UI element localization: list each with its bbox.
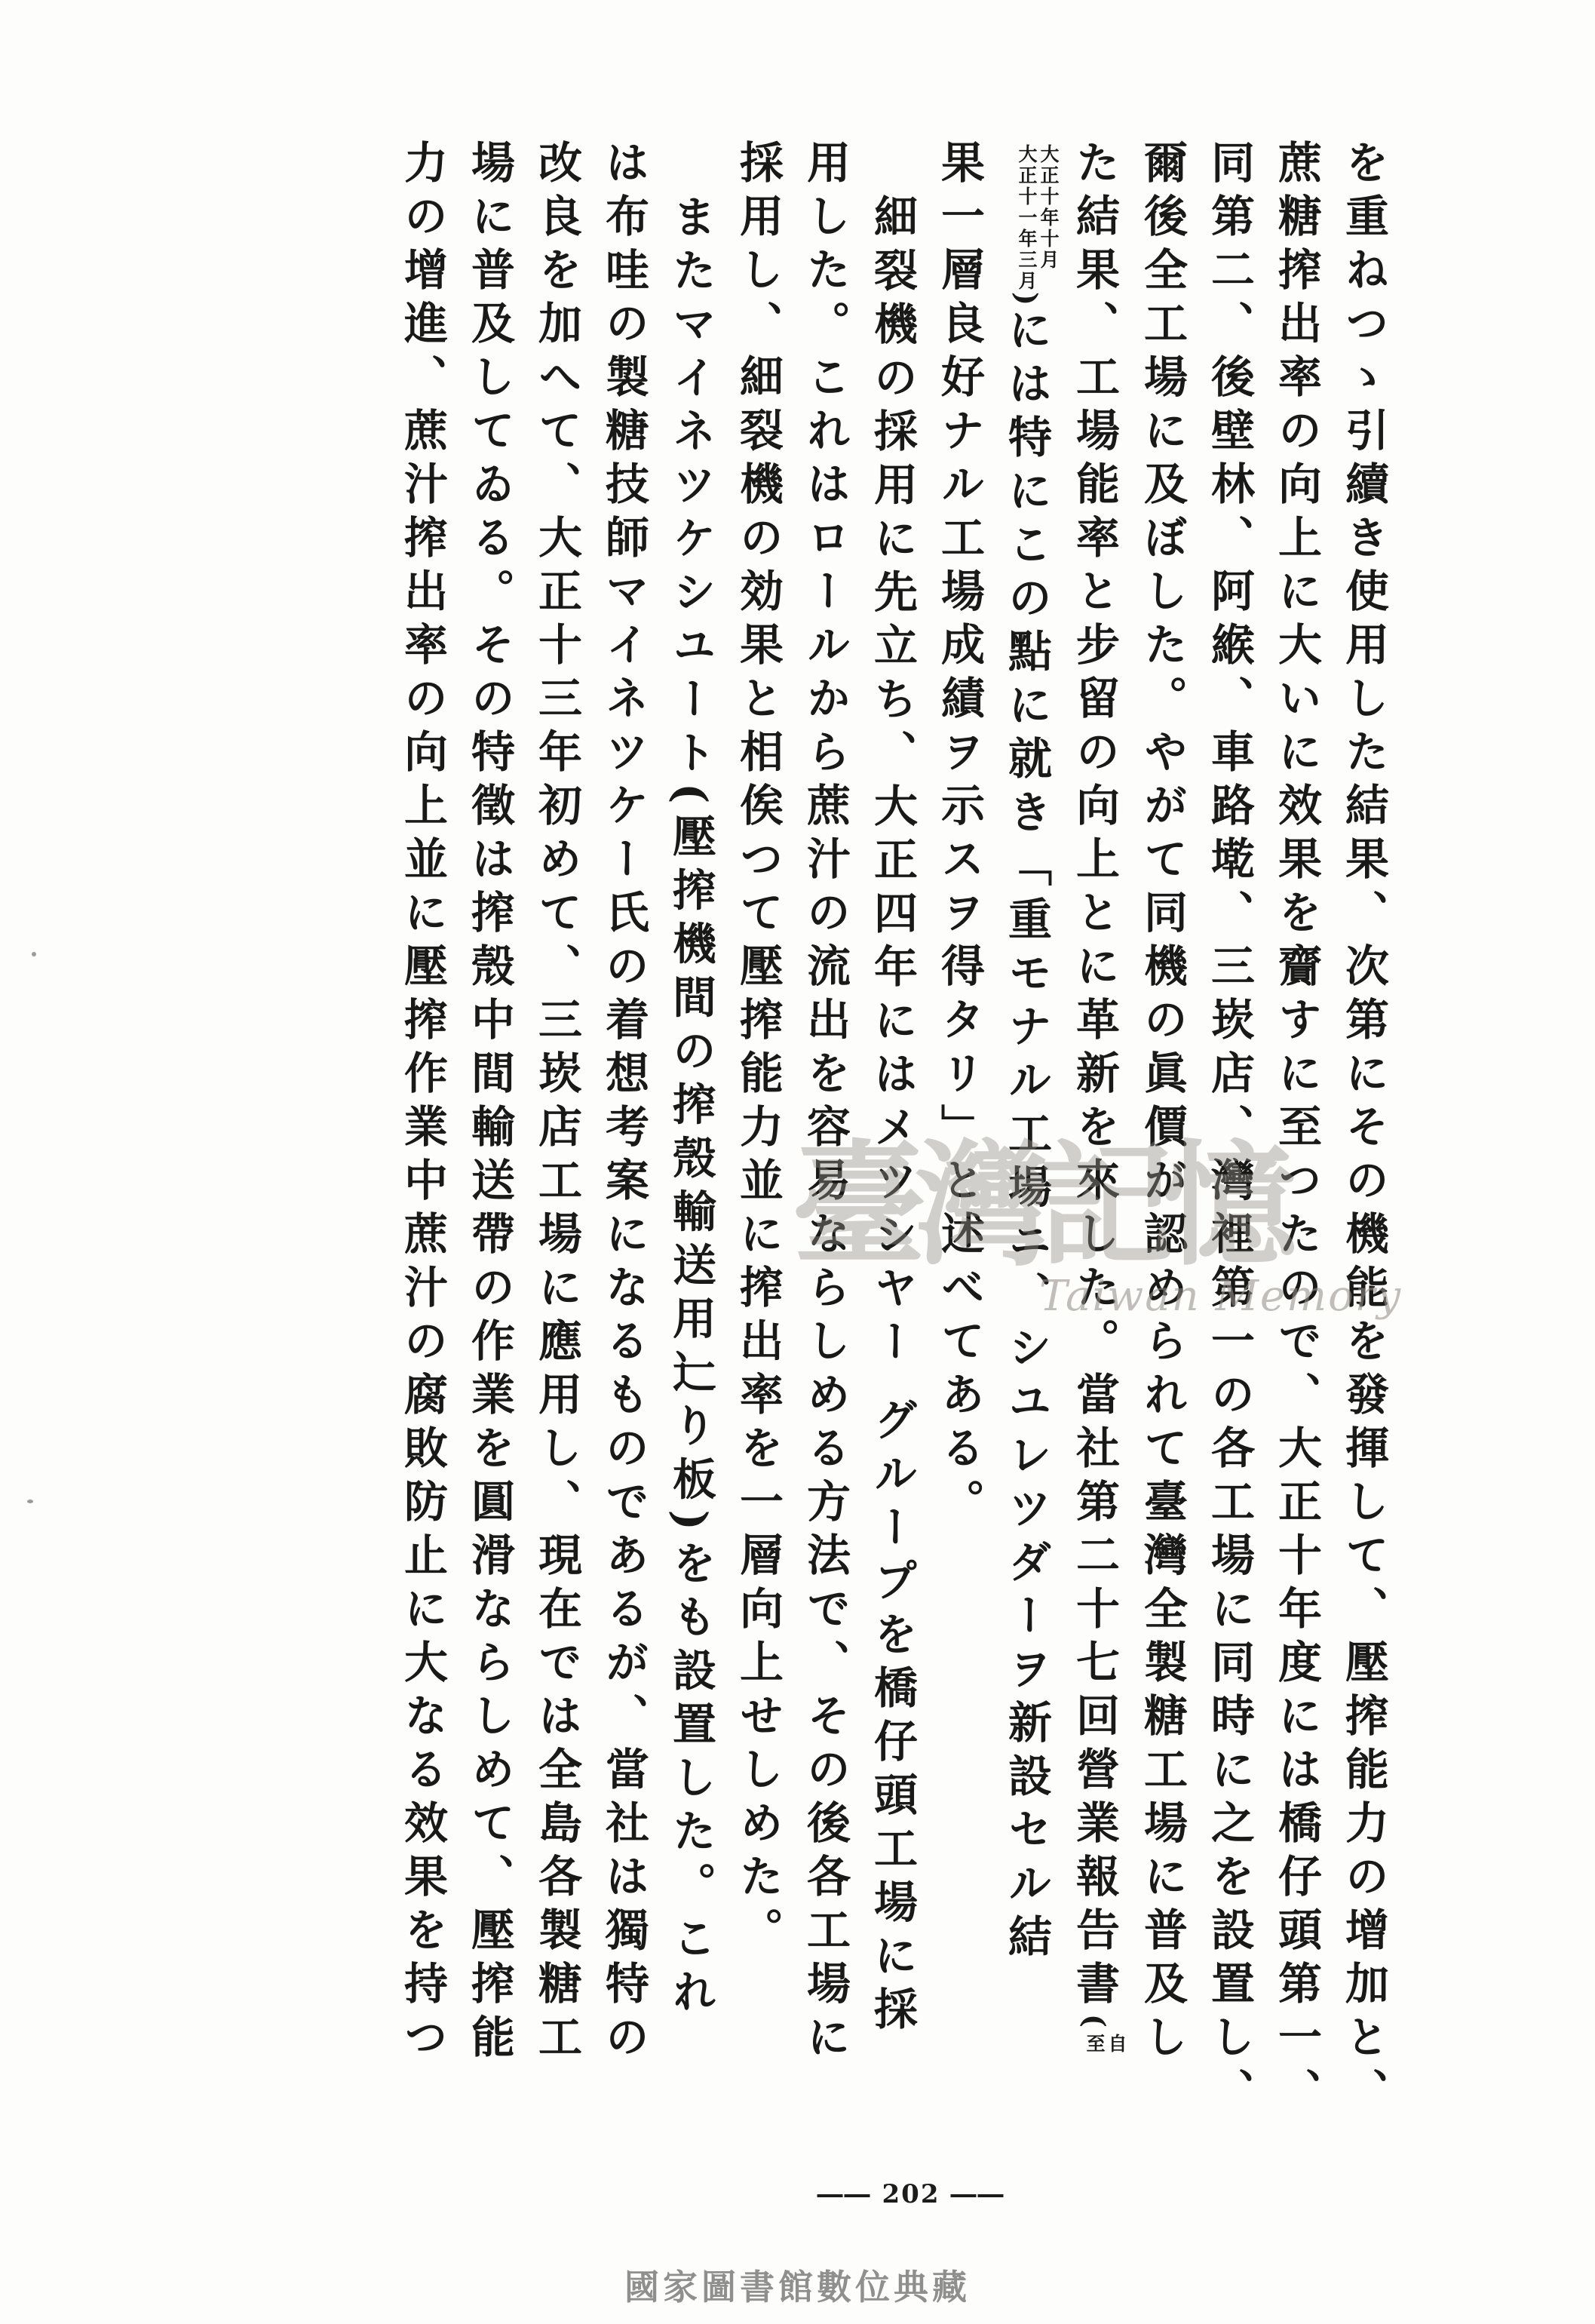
text-column: またマイネツケシユート(壓搾機間の搾殼輸送用辷り板)をも設置した。これ <box>657 140 724 2176</box>
page-number-value: 202 <box>882 2179 940 2209</box>
text-column: 採用し、細裂機の効果と相俟つて壓搾能力並に搾出率を一層向上せしめた。 <box>724 140 791 2176</box>
page-number-dash-left: ―― <box>817 2179 872 2209</box>
text-column: 場に普及してゐる。その特徵は搾殼中間輸送帶の作業を圓滑ならしめて、壓搾能 <box>455 140 523 2176</box>
vertical-text-block: を重ねつゝ引續き使用した結果、次第にその機能を發揮して、壓搾能力の增加と、蔗糖搾… <box>388 140 1397 2176</box>
text-column: 改良を加へて、大正十三年初めて、三崁店工場に應用し、現在では全島各製糖工 <box>523 140 590 2176</box>
text-column: 爾後全工場に及ぼした。やがて同機の眞價が認められて臺灣全製糖工場に普及し <box>1128 140 1195 2176</box>
text-column: 用した。これはロールから蔗汁の流出を容易ならしめる方法で、その後各工場に <box>791 140 858 2176</box>
text-column: 同第二、後壁林、阿緱、車路墘、三崁店、灣裡第一の各工場に同時に之を設置し、 <box>1195 140 1262 2176</box>
inline-date-annotation: 自至 <box>1084 2034 1127 2055</box>
library-footer-watermark: 國家圖書館數位典藏 <box>624 2260 971 2310</box>
annotation-line: 至 <box>1084 2034 1106 2055</box>
page-number-dash-right: ―― <box>950 2179 1005 2209</box>
annotation-paren: ( <box>1078 2014 1112 2029</box>
text-column: 果一層良好ナル工場成績ヲ示スヲ得タリ」と述べてある。 <box>925 140 992 2176</box>
text-column: 細裂機の採用に先立ち、大正四年にはメツシヤー グループを橋仔頭工場に採 <box>858 140 925 2176</box>
text-column: た結果、工場能率と步留の向上とに革新を來した。當社第二十七回營業報告書(自至 <box>1060 140 1128 2176</box>
scan-speck <box>27 1500 33 1503</box>
annotation-paren: ) <box>1010 292 1044 307</box>
inline-date-annotation: 大正十年十月大正十一年三月 <box>1016 144 1060 292</box>
text-column: 力の增進、蔗汁搾出率の向上並に壓搾作業中蔗汁の腐敗防止に大なる效果を持つ <box>388 140 455 2176</box>
scanned-book-page: を重ねつゝ引續き使用した結果、次第にその機能を發揮して、壓搾能力の增加と、蔗糖搾… <box>0 0 1595 2324</box>
annotation-line: 自 <box>1106 2034 1127 2055</box>
annotation-line: 大正十年十月 <box>1038 144 1060 292</box>
text-column: 大正十年十月大正十一年三月)には特にこの點に就き「重モナル工場ニ、シユレツダーヲ… <box>992 140 1060 2176</box>
scan-speck <box>32 952 36 956</box>
text-column: 蔗糖搾出率の向上に大いに效果を齎すに至つたので、大正十年度には橋仔頭第一、 <box>1262 140 1330 2176</box>
annotation-line: 大正十一年三月 <box>1016 144 1038 292</box>
text-column: は布哇の製糖技師マイネツケー氏の着想考案になるものであるが、當社は獨特の <box>590 140 657 2176</box>
text-column: を重ねつゝ引續き使用した結果、次第にその機能を發揮して、壓搾能力の增加と、 <box>1330 140 1397 2176</box>
page-number: ――202―― <box>817 2179 1005 2209</box>
